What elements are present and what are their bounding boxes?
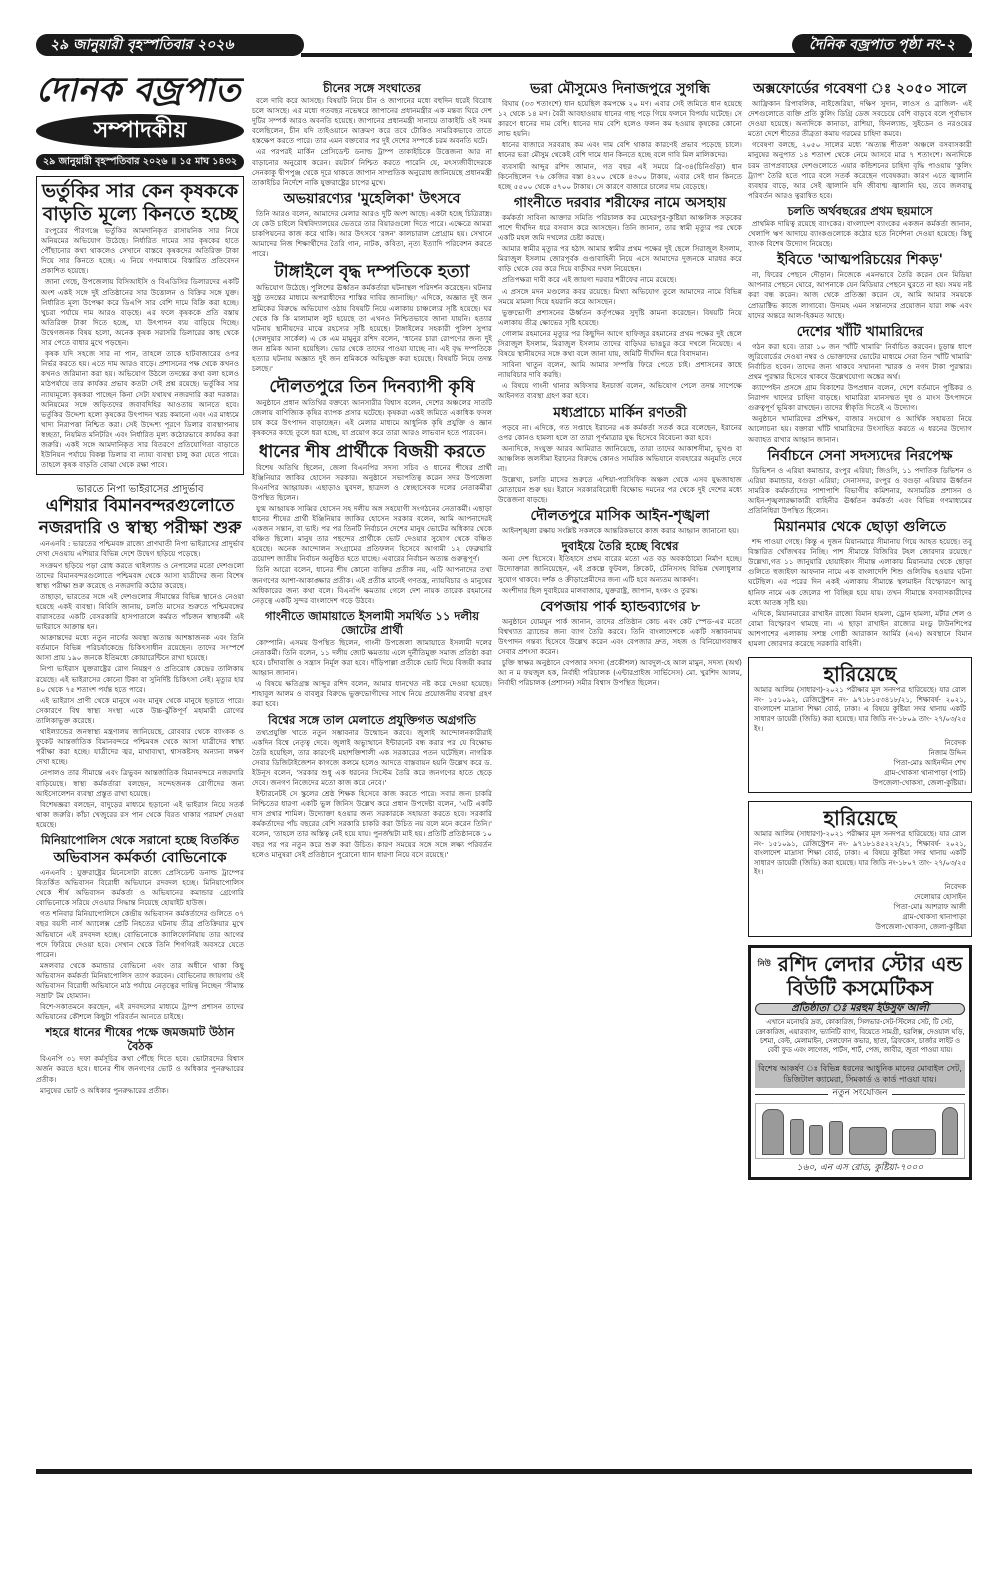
article-paragraph: অনুষ্ঠানে খামারিদের প্রশিক্ষণ, বাজার সংয… — [748, 414, 972, 444]
mobile-phone-icon — [809, 1125, 823, 1155]
article-paragraph: প্রতিপক্ষরা দাবী করে এই জায়গা দরবার শরী… — [498, 275, 742, 285]
minneapolis-kicker: মিনিয়াপোলিস থেকে সরানো হচ্ছে বিতর্কিত — [36, 833, 244, 847]
column-2: চীনের সঙ্গে সংঘাতের বলে দাবি করে আসছে। ব… — [252, 78, 492, 1448]
article-paragraph: এনএনবি : ভারতের পশ্চিমবঙ্গ রাজ্যে প্রাণঘ… — [36, 539, 244, 559]
newspaper-page: ২৯ জানুয়ারী বৃহস্পতিবার ২০২৬ দৈনিক বজ্র… — [36, 34, 972, 1534]
paddy-candidate-headline: ধানের শীষ প্রার্থীকে বিজয়ী করতে — [252, 442, 492, 462]
column-1: দৈনিক বজ্রপাত সম্পাদকীয় ২৯ জানুয়ারী বৃ… — [36, 78, 244, 1528]
article-paragraph: বিঘায় (৩৩ শতাংশে) ধান হয়েছিল কমপক্ষে ২… — [498, 99, 742, 139]
nipah-headline: এশিয়ার বিমানবন্দরগুলোতে নজরদারি ও স্বাস… — [36, 495, 244, 539]
article-paragraph: ইন্টারনেটই সে স্কুলের শ্রেষ্ঠ শিক্ষক হিস… — [252, 789, 492, 860]
person-icon — [942, 1107, 958, 1155]
article-paragraph: এনএনবি : যুক্তরাষ্ট্রের মিনেসোটা রাজ্যে … — [36, 868, 244, 908]
law-order-headline: দৌলতপুরে মাসিক আইন-শৃঙ্খলা — [498, 508, 742, 525]
video-camera-icon — [892, 1129, 936, 1155]
column-4: অক্সফোর্ডের গবেষণা ঃ ২০৫০ সালে আফ্রিকান … — [748, 78, 972, 1498]
article-paragraph: চুক্তি স্বাক্ষর অনুষ্ঠানে বেপজার সদস্য (… — [498, 658, 742, 688]
article-paragraph: তথ্যপ্রযুক্তি খাতে নতুন সম্ভাবনার উন্মোচ… — [252, 728, 492, 789]
article-paragraph: এ প্রসঙ্গে মদন মণ্ডলের কবর রয়েছে। মিথ্য… — [498, 287, 742, 307]
article-paragraph: উল্লেখ্য, চলতি মাসের শুরুতে এশিয়া-প্যাস… — [498, 475, 742, 505]
page-bottom-rule — [36, 1469, 972, 1474]
shop-items: এখানে মনোহরি দ্রব্য, কোকারিজ, সিলভার-সেট… — [755, 1018, 965, 1056]
product-photos — [755, 1103, 965, 1159]
new-badge: নিউ — [758, 959, 771, 968]
article-paragraph: ব্যবসায়ী আব্দুর রশিদ জামান, গত বছর এই স… — [498, 162, 742, 192]
article-paragraph: গত শনিবার মিনিয়াপোলিসে কেন্দ্রীয় অভিবা… — [36, 909, 244, 959]
article-paragraph: অংশীদার ছিল দুবাইয়ের মালবাজার, যুক্তরাষ… — [498, 586, 742, 596]
gangni-shrine-headline: গাংনীতে দরবার শরীফের নামে অসহায় — [498, 195, 742, 212]
myanmar-gunfire-headline: মিয়ানমার থেকে ছোড়া গুলিতে — [748, 519, 972, 536]
article-paragraph: এই ভাইরাস প্রাণী থেকে মানুষে এবং মানুষ থ… — [36, 696, 244, 726]
shop-founder: প্রতিষ্ঠাতা ঃ মরহুম ইউসুফ আলী — [755, 1003, 965, 1015]
tangail-headline: টাঙ্গাইলে বৃদ্ধ দম্পতিকে হত্যা — [252, 262, 492, 282]
article-paragraph: গোলাম রহমানের মৃত্যুর পর কিছুদিন আগে হাফ… — [498, 329, 742, 359]
column-3: ভরা মৌসুমেও দিনাজপুরে সুগন্ধি বিঘায় (৩৩… — [498, 78, 742, 1448]
article-paragraph: আমার স্বামীর মৃত্যুর পর হঠাৎ আমার স্বামী… — [498, 244, 742, 274]
article-paragraph: তিনি আরো বলেন, ধানের শীষ কোনো ব্যক্তির প… — [252, 565, 492, 605]
courtyard-meeting-headline: শহরে ধানের শীষের পক্ষে জমজমাট উঠান বৈঠক — [36, 1025, 244, 1053]
festival-headline: অভয়ারণ্যের 'মুহেলিকা' উৎসবে — [252, 191, 492, 208]
lost-notice-signature: নিবেদক দেলোয়ার হোসাইন পিতা-মোঃ আশরাফ আল… — [754, 882, 966, 932]
article-paragraph: বিএনপি ৩১ দফা কর্মসূচির কথা পৌঁছে দিতে হ… — [36, 1054, 244, 1084]
article-paragraph: বলে দাবি করে আসছে। বিষয়টি নিয়ে চীন ও জ… — [252, 96, 492, 146]
lost-notice-title: হারিয়েছে — [754, 806, 966, 830]
article-paragraph: থাইল্যান্ডের জনস্বাস্থ্য মন্ত্রণালয় জান… — [36, 727, 244, 767]
signature-line: গ্রাম-খোকসা থানাপাড়া (পাট) — [754, 768, 966, 778]
article-paragraph: শব্দ পাওয়া গেছে। কিন্তু এ দুজন মিয়ানমা… — [748, 537, 972, 608]
article-paragraph: এ বিষয়ে ক্ষতিগ্রস্ত আব্দুর রশিদ বলেন, আ… — [252, 679, 492, 709]
oxford-headline: অক্সফোর্ডের গবেষণা ঃ ২০৫০ সালে — [748, 81, 972, 98]
ib-roots-headline: ইবিতে 'আত্মপরিচয়ের শিকড়' — [748, 252, 972, 269]
article-paragraph: সংক্রমণ ছড়িয়ে পড়া রোধ করতে থাইল্যান্ড… — [36, 561, 244, 591]
lost-notice-2: হারিয়েছে আমার আলিম (সাধারণ)-২০২১ পরীক্ষ… — [748, 801, 972, 937]
article-paragraph: মানুষের ভোট ও অধিকার পুনরুদ্ধারের প্রতীক… — [36, 1086, 244, 1096]
masthead-title: দৈনিক বজ্রপাত — [36, 78, 244, 110]
article-paragraph: অনুষ্ঠানে প্রধান অতিথির বক্তব্যে আনসারীর… — [252, 398, 492, 438]
signature-line: উপজেলা-খোকসা, জেলা-কুষ্টিয়া — [754, 922, 966, 932]
page-number-banner: দৈনিক বজ্রপাত পৃষ্ঠা নং-২ — [792, 34, 972, 56]
article-paragraph: পড়বে না। এদিকে, গত সপ্তাহে ইরানের এক কর… — [498, 423, 742, 443]
new-addition-label: নতুন সংযোজন — [755, 1094, 965, 1105]
article-paragraph: না, ফিরের পেছনে দৌড়ান। নিজেকে এমনভাবে ত… — [748, 270, 972, 320]
article-paragraph: অন্য দেশ হিসেবে। ইতিহাসে প্রথম বারের মতো… — [498, 554, 742, 584]
lost-notice-body: আমার আলিম (সাধারণ)-২০২১ পরীক্ষার মূল সনদ… — [754, 830, 966, 878]
article-paragraph: তিনি আরও বলেন, আমাদের মেলার আরও দুটি অংশ… — [252, 209, 492, 259]
fiscal-year-headline: চলতি অর্থবছরের প্রথম ছয়মাসে — [748, 204, 972, 218]
article-paragraph: প্রাথমিক দায়িত্ব রয়েছে ব্যাংকের। বাংলা… — [748, 219, 972, 249]
lost-notice-body: আমার আলিম (সাধারণ)-২০২১ পরীক্ষার মূল সনদ… — [754, 686, 966, 734]
signature-line: পিতা-মোঃ আশরাফ আলী — [754, 902, 966, 912]
article-paragraph: গঠন করা হবে। তারা ১০ জন 'খাঁটি খামারি' ন… — [748, 342, 972, 382]
shop-name: নিউ রশিদ লেদার স্টোর এন্ড — [755, 952, 965, 976]
camera-icon — [849, 1127, 887, 1155]
shop-special-offer: বিশেষ আকর্ষণ ঃ বিভিন্ন ধরনের আধুনিক মানে… — [755, 1060, 965, 1088]
editorial-paragraph: রংপুরের পীরগঞ্জে ভর্তুকির আমদানিকৃত রাসা… — [41, 226, 239, 276]
shop-address: ১৬০, এন এস রোড, কুষ্টিয়া-৭০০০ — [755, 1163, 965, 1173]
china-headline: চীনের সঙ্গে সংঘাতের — [252, 81, 492, 95]
signature-line: উপজেলা-খোকসা, জেলা-কুষ্টিয়া। — [754, 778, 966, 788]
nipah-kicker: ভারতে নিপা ভাইরাসের প্রাদুর্ভাব — [36, 485, 244, 495]
signature-line: গ্রাম-খোকসা থানাপাড়া — [754, 912, 966, 922]
us-warship-headline: মধ্যপ্রাচ্যে মার্কিন রণতরী — [498, 405, 742, 422]
person-icon — [762, 1109, 784, 1155]
shop-name-line1: রশিদ লেদার স্টোর এন্ড — [778, 952, 963, 976]
article-paragraph: মঙ্গলবার থেকে কমান্ডার বোভিনো এবং তার অধ… — [36, 961, 244, 1001]
article-paragraph: বিশেষজ্ঞরা বলছেন, বাদুড়ের মাধ্যমে ছড়ান… — [36, 800, 244, 830]
signature-line: পিতা-মোঃ আইনদ্দীন শেখ — [754, 758, 966, 768]
article-paragraph: ক্যাম্পেইন প্রসঙ্গে গ্রাম বিকাশের উপপ্রধ… — [748, 383, 972, 413]
editorial-paragraph: জানা গেছে, উপজেলায় বিসিআইসি ও বিএডিসির … — [41, 277, 239, 348]
minneapolis-headline: অভিবাসন কর্মকর্তা বোভিনোকে — [36, 850, 244, 867]
editorial-headline: ভর্তুকির সার কেন কৃষককে বাড়তি মূল্যে কি… — [41, 180, 239, 226]
date-banner: ২৯ জানুয়ারী বৃহস্পতিবার ২০২৬ — [36, 34, 304, 56]
article-paragraph: ভুক্তভোগী প্রশাসনের ঊর্ধ্বতন কর্তৃপক্ষের… — [498, 308, 742, 328]
section-badge-editorial: সম্পাদকীয় — [36, 114, 244, 148]
dinajpur-headline: ভরা মৌসুমেও দিনাজপুরে সুগন্ধি — [498, 81, 742, 98]
article-paragraph: বিশে-সকাতমনে করছেন, এই রদবদলের মাধ্যমে ট… — [36, 1002, 244, 1022]
article-paragraph: অভিযোগ উঠেছে। পুলিশের ঊর্ধ্বতন কর্মকর্তা… — [252, 283, 492, 374]
article-paragraph: গবেষণা বলছে, ২০৫০ সালের মধ্যে 'অত্যন্ত শ… — [748, 140, 972, 201]
signature-line: নিবেদক — [754, 738, 966, 748]
article-paragraph: বিশেষ অতিথি ছিলেন, জেলা বিএনপির সদস্য সচ… — [252, 463, 492, 503]
army-neutral-headline: নির্বাচনে সেনা সদস্যদের নিরপেক্ষ — [748, 448, 972, 465]
mobile-phone-icon — [790, 1119, 804, 1155]
bepza-headline: বেপজায় পার্ক হ্যান্ডব্যাগের ৮ — [498, 599, 742, 616]
lost-notice-title: হারিয়েছে — [754, 662, 966, 686]
article-paragraph: এ বিষয়ে গাংনী থানার অফিসার ইনচার্জ বলেন… — [498, 381, 742, 401]
article-paragraph: যুগ্ম আহ্বায়ক সাব্বির হোসেন সহ দলীয় অঙ… — [252, 504, 492, 565]
editorial-paragraph: কৃষক যদি সহজে সার না পান, তাহলে তাকে হাট… — [41, 349, 239, 470]
article-paragraph: নিপা ভাইরাস যুক্তরাষ্ট্রের রোগ নিয়ন্ত্র… — [36, 664, 244, 694]
new-addition-text: নতুন সংযোজন — [828, 1088, 891, 1098]
shop-advertisement: নিউ রশিদ লেদার স্টোর এন্ড বিউটি কসমেটিকস… — [748, 945, 972, 1180]
article-paragraph: আক্রান্তদের মধ্যে নতুন নার্সের অবস্থা অত… — [36, 633, 244, 663]
article-paragraph: অনুষ্ঠানে যোমযুন পার্ক জানান, তাদের প্রত… — [498, 617, 742, 657]
signature-line: নিজাম উদ্দিন — [754, 748, 966, 758]
article-paragraph: সাবিনা খাতুন বলেন, আমি আমার সম্পত্তি ফির… — [498, 360, 742, 380]
lost-notice-signature: নিবেদক নিজাম উদ্দিন পিতা-মোঃ আইনদ্দীন শে… — [754, 738, 966, 788]
article-paragraph: নেপালও তার সীমান্তে এবং ত্রিভুবন আন্তর্জ… — [36, 768, 244, 798]
editorial-box: ভর্তুকির সার কেন কৃষককে বাড়তি মূল্যে কি… — [36, 176, 244, 475]
lost-notice-1: হারিয়েছে আমার আলিম (সাধারণ)-২০২১ পরীক্ষ… — [748, 657, 972, 793]
article-paragraph: কর্মকর্তা সাবিনা আক্তার সমিতি পরিচালক কর… — [498, 213, 742, 243]
tech-progress-headline: বিশ্বের সঙ্গে তাল মেলাতে প্রযুক্তিগত অগ্… — [252, 713, 492, 727]
article-paragraph: তাছাড়া, ভারতের সঙ্গে এই দেশগুলোর সীমান্… — [36, 592, 244, 632]
article-paragraph: কোম্পানি। এসময় উপস্থিত ছিলেন, গাংনী উপজ… — [252, 638, 492, 678]
daulatpur-agri-headline: দৌলতপুরে তিন দিনব্যাপী কৃষি — [252, 377, 492, 397]
article-paragraph: আফ্রিকান রিপাবলিক, নাইজেরিয়া, দক্ষিণ সু… — [748, 99, 972, 139]
dubai-headline: দুবাইয়ে তৈরি হচ্ছে বিশ্বের — [498, 539, 742, 553]
signature-line: নিবেদক — [754, 882, 966, 892]
article-paragraph: ডিভিশন ও এরিয়া কমান্ডার, রংপুর এরিয়া; … — [748, 466, 972, 516]
farmers-headline: দেশের খাঁটি খামারিদের — [748, 324, 972, 341]
gangni-alliance-headline: গাংনীতে জামায়াতে ইসলামী সমর্থিত ১১ দলীয… — [252, 609, 492, 637]
mobile-phone-icon — [829, 1121, 843, 1155]
editorial-date: ২৯ জানুয়ারী বৃহস্পতিবার ২০২৬ ॥ ১৫ মাঘ ১… — [36, 154, 244, 170]
article-paragraph: এর পরপরই মার্কিন প্রেসিডেন্ট ডনাল্ড ট্রা… — [252, 147, 492, 187]
shop-name-line2: বিউটি কসমেটিকস — [755, 976, 965, 1000]
article-paragraph: এদিকে, মিয়ানমারের রাখাইন রাজ্যে বিমান হ… — [748, 609, 972, 649]
article-paragraph: ধানের বাজারে সরবরাহ কম এবং দাম বেশি থাকা… — [498, 140, 742, 160]
signature-line: দেলোয়ার হোসাইন — [754, 892, 966, 902]
article-paragraph: আইনশৃঙ্খলা রক্ষায় সংশ্লিষ্ট সকলকে আন্তর… — [498, 526, 742, 536]
article-paragraph: অন্যদিকে, সংযুক্ত আরব আমিরাত জানিয়েছে, … — [498, 444, 742, 474]
